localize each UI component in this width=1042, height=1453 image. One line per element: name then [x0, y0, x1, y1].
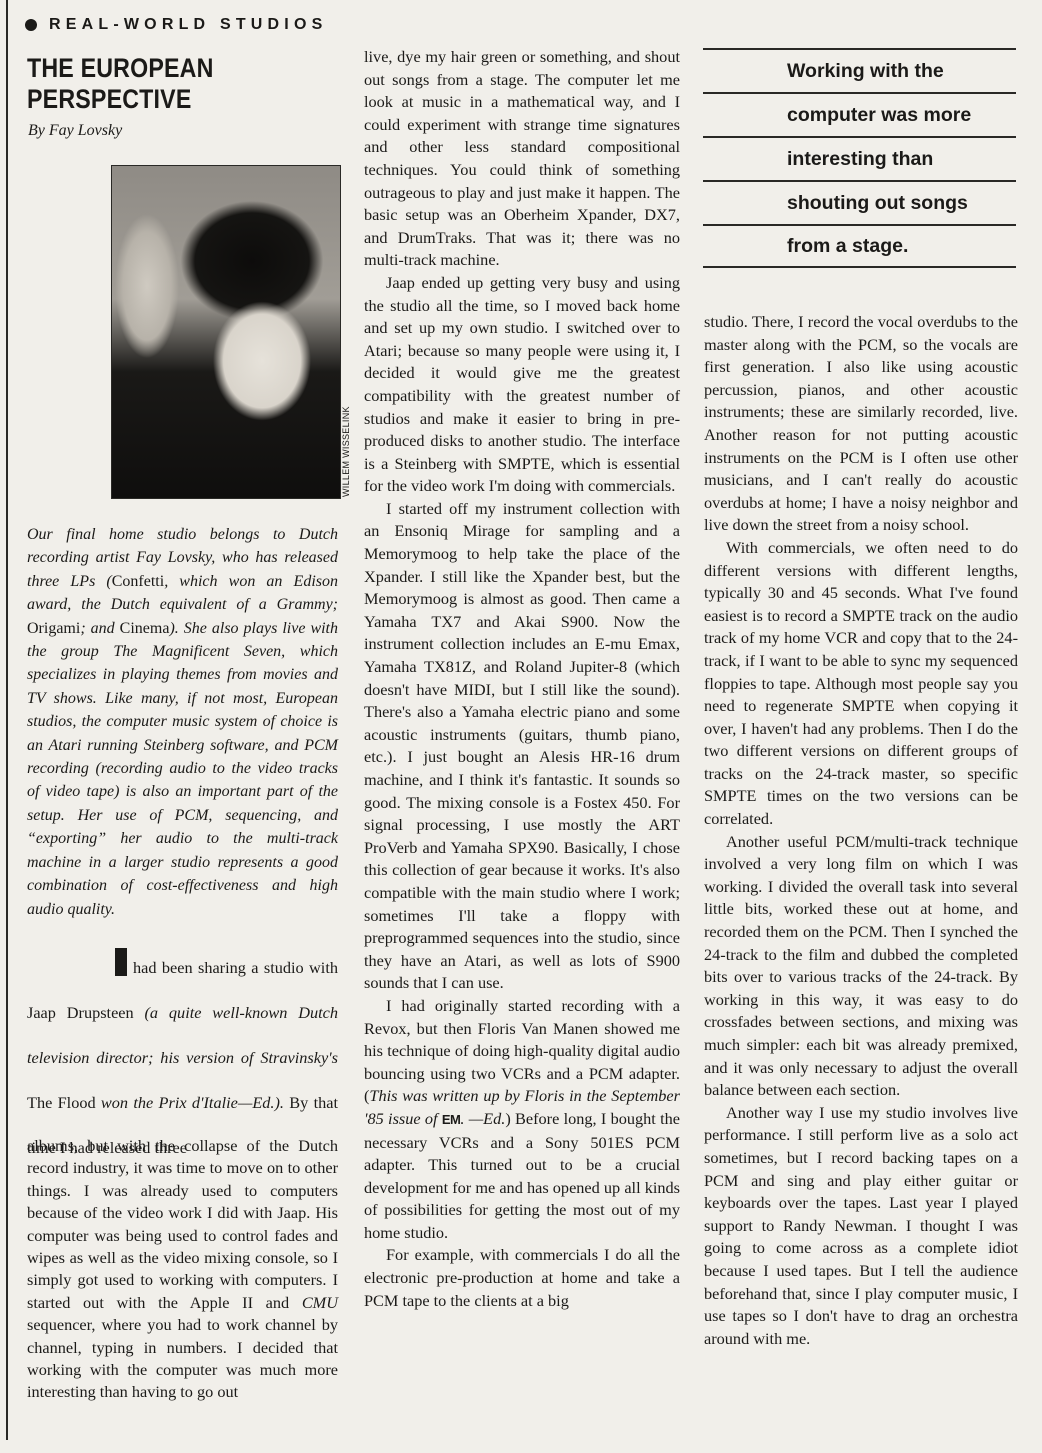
album-title-origami: Origami [27, 620, 80, 637]
pull-quote-line: Working with the [703, 48, 1016, 92]
film-title: The Flood [27, 1093, 96, 1112]
byline: By Fay Lovsky [28, 122, 122, 140]
drop-cap-letter-i [115, 948, 127, 976]
headline-line-1: THE EUROPEAN [27, 53, 302, 84]
pull-quote: Working with the computer was more inter… [703, 48, 1016, 268]
paragraph: studio. There, I record the vocal overdu… [704, 311, 1018, 537]
album-title-confetti: Confetti [112, 573, 164, 590]
headline-line-2: PERSPECTIVE [27, 84, 302, 115]
intro-deck: Our final home studio belongs to Dutch r… [27, 523, 338, 921]
pull-quote-line: interesting than [703, 136, 1016, 180]
column-3-body: studio. There, I record the vocal overdu… [704, 311, 1018, 1350]
intro-text: ). She also plays live with the group Th… [27, 620, 338, 918]
editor-note: . —Ed. [460, 1109, 505, 1128]
photo-credit: WILLEM WISSELINK [341, 406, 351, 497]
paragraph: For example, with commercials I do all t… [364, 1244, 680, 1312]
body-text: albums, but with the collapse of the Dut… [27, 1136, 338, 1312]
paragraph: Another way I use my studio involves liv… [704, 1102, 1018, 1351]
paragraph: Jaap ended up getting very busy and usin… [364, 272, 680, 498]
column-1-body: albums, but with the collapse of the Dut… [27, 1135, 338, 1404]
column-2-body: live, dye my hair green or something, an… [364, 46, 680, 1312]
kicker-text: REAL-WORLD STUDIOS [49, 16, 327, 34]
paragraph: I started off my instrument collection w… [364, 498, 680, 995]
paragraph: Another useful PCM/multi-track technique… [704, 831, 1018, 1102]
section-kicker: REAL-WORLD STUDIOS [25, 16, 327, 34]
product-name: CMU [302, 1293, 338, 1312]
em-magazine-logo: EM [442, 1112, 461, 1127]
article-headline: THE EUROPEAN PERSPECTIVE [27, 53, 302, 115]
body-text: ) Before long, I bought the necessary VC… [364, 1109, 680, 1242]
left-margin-rule [6, 0, 8, 1440]
bullet-icon [25, 19, 37, 31]
pull-quote-line: shouting out songs [703, 180, 1016, 224]
paragraph: With commercials, we often need to do di… [704, 537, 1018, 831]
portrait-photo [111, 165, 341, 499]
paragraph: live, dye my hair green or something, an… [364, 46, 680, 272]
intro-text: ; and [80, 620, 119, 637]
pull-quote-line: computer was more [703, 92, 1016, 136]
pull-quote-line: from a stage. [703, 224, 1016, 268]
album-title-cinema: Cinema [120, 620, 170, 637]
editor-note: won the Prix d'Italie—Ed.). [96, 1093, 284, 1112]
paragraph: I had originally started recording with … [364, 995, 680, 1245]
body-text: sequencer, where you had to work channel… [27, 1315, 338, 1401]
